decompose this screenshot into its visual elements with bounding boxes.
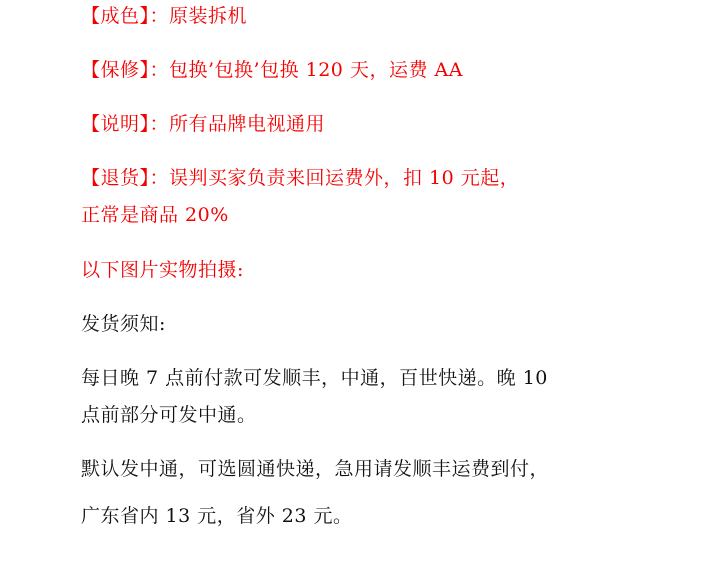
description-value: 所有品牌电视通用 [169, 113, 325, 135]
description-line: 【说明】：所有品牌电视通用 [81, 113, 325, 135]
shipping-paragraph-1-line-2: 点前部分可发中通。 [81, 404, 257, 426]
shipping-paragraph-1-line-1: 每日晚 7 点前付款可发顺丰，中通，百世快递。晚 10 [81, 367, 548, 389]
warranty-value: 包换’包换’包换 120 天，运费 AA [169, 59, 463, 81]
return-policy-label: 【退货】： [81, 167, 169, 189]
condition-line: 【成色】：原装拆机 [81, 5, 247, 27]
condition-label: 【成色】： [81, 5, 169, 27]
shipping-paragraph-2-line-1: 默认发中通，可选圆通快递，急用请发顺丰运费到付， [81, 458, 549, 480]
shipping-paragraph-2-line-2: 广东省内 13 元，省外 23 元。 [81, 505, 353, 527]
warranty-line: 【保修】：包换’包换’包换 120 天，运费 AA [81, 59, 463, 81]
warranty-label: 【保修】： [81, 59, 169, 81]
shipping-heading: 发货须知: [81, 313, 166, 335]
return-policy-value: 误判买家负责来回运费外，扣 10 元起， [169, 167, 519, 189]
description-label: 【说明】： [81, 113, 169, 135]
return-policy-line-2: 正常是商品 20% [81, 204, 229, 226]
condition-value: 原装拆机 [169, 5, 247, 27]
return-policy-line: 【退货】：误判买家负责来回运费外，扣 10 元起， [81, 167, 519, 189]
photo-note: 以下图片实物拍摄: [81, 259, 244, 281]
